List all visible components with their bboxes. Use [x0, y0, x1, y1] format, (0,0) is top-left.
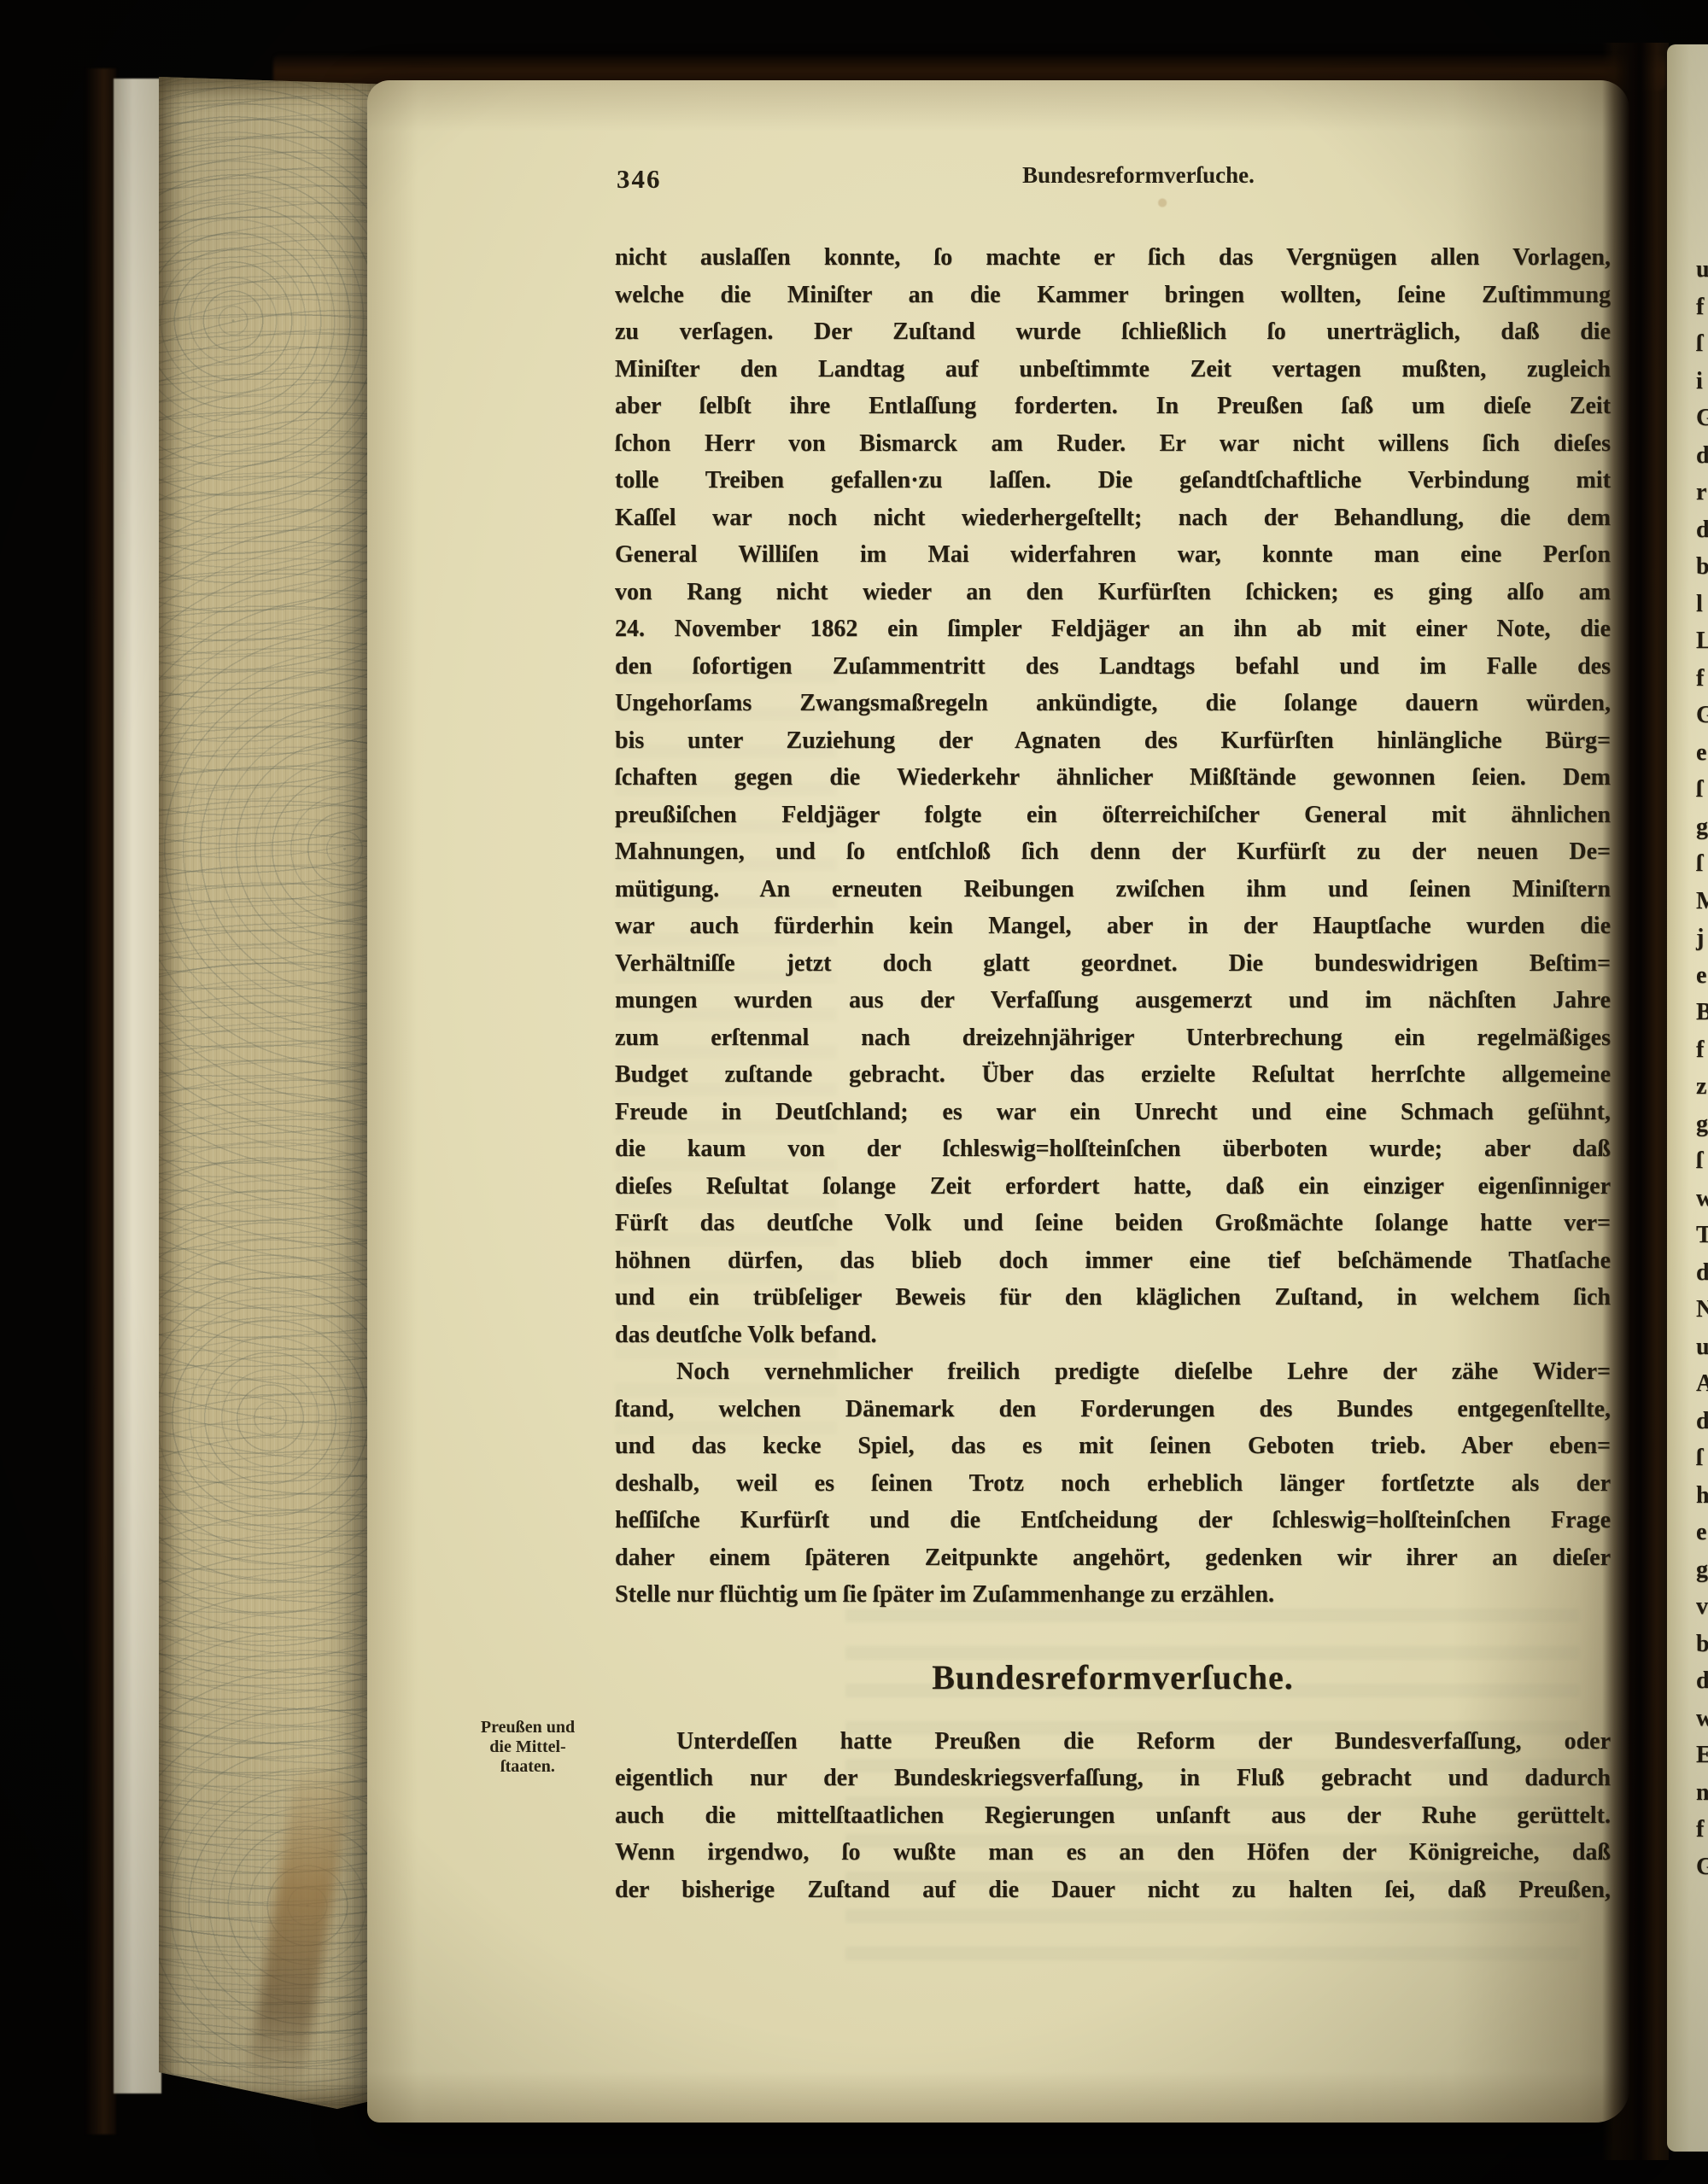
text-line: eigentlich nur der Bundeskriegsverfaſſun…	[615, 1760, 1611, 1797]
text-line: bis unter Zuziehung der Agnaten des Kurf…	[615, 722, 1611, 760]
facing-page-text-fragment: e	[1696, 739, 1706, 767]
page-number: 346	[617, 164, 662, 195]
margin-note-line: Preußen und	[465, 1718, 591, 1737]
text-line: General Williſen im Mai widerfahren war,…	[615, 536, 1611, 574]
facing-page-text-fragment: d	[1696, 1408, 1708, 1435]
facing-page-text-fragment: T	[1696, 1222, 1708, 1249]
facing-page-text-fragment: L	[1696, 628, 1708, 655]
facing-page-text-fragment: G	[1696, 1854, 1708, 1881]
text-line: und das kecke Spiel, das es mit ſeinen G…	[615, 1428, 1611, 1465]
text-line: tolle Treiben gefallen·zu laſſen. Die ge…	[615, 462, 1611, 499]
facing-page-text-fragment: ſ	[1696, 776, 1703, 803]
facing-page-text-fragment: v	[1696, 1593, 1708, 1620]
facing-page-text-fragment: A	[1696, 1370, 1708, 1398]
facing-page-text-fragment: j	[1696, 925, 1704, 952]
facing-page-text-fragment: f	[1696, 1816, 1704, 1843]
facing-page-text-fragment: d	[1696, 442, 1708, 470]
facing-page-text-fragment: i	[1696, 368, 1703, 395]
facing-page-text-fragment: d	[1696, 1259, 1708, 1287]
facing-page-text-fragment: g	[1696, 814, 1708, 841]
text-line: Freude in Deutſchland; es war ein Unrech…	[615, 1094, 1611, 1131]
facing-page-text-fragment: d	[1696, 1667, 1708, 1695]
text-line: Kaſſel war noch nicht wiederhergeſtellt;…	[615, 499, 1611, 537]
text-line: höhnen dürfen, das blieb doch immer eine…	[615, 1242, 1611, 1280]
facing-page-text-fragment: b	[1696, 1631, 1708, 1658]
text-line: mütigung. An erneuten Reibungen zwiſchen…	[615, 871, 1611, 908]
text-line: welche die Miniſter an die Kammer bringe…	[615, 277, 1611, 314]
text-line: heſſiſche Kurfürſt und die Entſcheidung …	[615, 1502, 1611, 1539]
text-line: der bisherige Zuſtand auf die Dauer nich…	[615, 1872, 1611, 1909]
text-line: von Rang nicht wieder an den Kurfürſten …	[615, 574, 1611, 611]
text-line: die kaum von der ſchleswig=holſteinſchen…	[615, 1130, 1611, 1168]
text-line: mungen wurden aus der Verfaſſung ausgeme…	[615, 982, 1611, 1019]
text-line: ſchon Herr von Bismarck am Ruder. Er war…	[615, 425, 1611, 463]
book-photo: 346 Bundesreformverſuche. nicht auslaſſe…	[0, 0, 1708, 2184]
text-line: preußiſchen Feldjäger folgte ein öſterre…	[615, 797, 1611, 834]
text-line: Mahnungen, und ſo entſchloß ſich denn de…	[615, 833, 1611, 871]
text-line: Unterdeſſen hatte Preußen die Reform der…	[615, 1723, 1611, 1761]
text-line: Miniſter den Landtag auf unbeſtimmte Zei…	[615, 351, 1611, 388]
text-line: Stelle nur flüchtig um ſie ſpäter im Zuſ…	[615, 1576, 1611, 1614]
page-header: 346 Bundesreformverſuche.	[615, 162, 1611, 200]
margin-note-line: ſtaaten.	[465, 1757, 591, 1777]
text-line: auch die mittelſtaatlichen Regierungen u…	[615, 1797, 1611, 1835]
margin-note-line: die Mittel-	[465, 1737, 591, 1757]
facing-page-text-fragment: u	[1696, 1334, 1708, 1361]
facing-page-text-fragment: e	[1696, 962, 1706, 990]
running-head: Bundesreformverſuche.	[615, 162, 1611, 189]
text-line: den ſofortigen Zuſammentritt des Landtag…	[615, 648, 1611, 686]
facing-page-text-fragment: n	[1696, 1779, 1708, 1807]
text-line: Wenn irgendwo, ſo wußte man es an den Hö…	[615, 1834, 1611, 1872]
text-line: ſtand, welchen Dänemark den Forderungen …	[615, 1391, 1611, 1428]
facing-page-text-fragment: b	[1696, 553, 1708, 581]
facing-page-text-fragment: N	[1696, 1296, 1708, 1323]
facing-page-text-fragment: ſ	[1696, 330, 1703, 358]
facing-page-text-fragment: ſ	[1696, 850, 1703, 878]
text-line: zum erſtenmal nach dreizehnjähriger Unte…	[615, 1019, 1611, 1057]
facing-page-text-fragment: G	[1696, 702, 1708, 729]
facing-page-text-fragment: d	[1696, 517, 1708, 544]
text-line: war auch fürderhin kein Mangel, aber in …	[615, 908, 1611, 945]
section-heading: Bundesreformverſuche.	[615, 1658, 1611, 1697]
facing-page-text-fragment: ſ	[1696, 1147, 1703, 1175]
facing-page-text-fragment: M	[1696, 888, 1708, 915]
facing-page-text-fragment: ſ	[1696, 1445, 1703, 1472]
facing-page-text-fragment: E	[1696, 1742, 1708, 1769]
text-line: daher einem ſpäteren Zeitpunkte angehört…	[615, 1539, 1611, 1577]
facing-page-text-fragment: r	[1696, 479, 1706, 506]
binding-inner-strip	[114, 79, 161, 2093]
facing-page-text-fragment: G	[1696, 405, 1708, 432]
facing-page-text-fragment: w	[1696, 1185, 1708, 1212]
text-line: ſchaften gegen die Wiederkehr ähnlicher …	[615, 759, 1611, 797]
text-line: Noch vernehmlicher freilich predigte die…	[615, 1353, 1611, 1391]
facing-page-text-fragment: g	[1696, 1556, 1708, 1584]
book-cover-left-edge	[85, 68, 116, 2134]
facing-page-text-fragment: l	[1696, 591, 1703, 618]
text-line: dieſes Reſultat ſolange Zeit erfordert h…	[615, 1168, 1611, 1206]
text-line: Fürſt das deutſche Volk und ſeine beiden…	[615, 1205, 1611, 1242]
text-line: Budget zuſtande gebracht. Über das erzie…	[615, 1056, 1611, 1094]
facing-page-text-fragment: f	[1696, 294, 1704, 321]
text-line: Ungehorſams Zwangsmaßregeln ankündigte, …	[615, 685, 1611, 722]
gutter-shadow	[1602, 43, 1669, 2160]
facing-page-text-fragment: g	[1696, 1111, 1708, 1138]
text-line: deshalb, weil es ſeinen Trotz noch erheb…	[615, 1465, 1611, 1503]
facing-page-text-fragment: z	[1696, 1073, 1706, 1101]
text-line: 24. November 1862 ein ſimpler Feldjäger …	[615, 610, 1611, 648]
text-line: das deutſche Volk befand.	[615, 1317, 1611, 1354]
text-block: nicht auslaſſen konnte, ſo machte er ſic…	[615, 239, 1611, 1908]
text-line: Verhältniſſe jetzt doch glatt geordnet. …	[615, 945, 1611, 983]
facing-page-sliver: ufſiGdrdblLfGeſgſMjeBfzgſwTdNuAdſhegvbdw…	[1667, 44, 1708, 2152]
margin-note: Preußen unddie Mittel-ſtaaten.	[465, 1718, 591, 1777]
facing-page-text-fragment: u	[1696, 256, 1708, 283]
text-line: und ein trübſeliger Beweis für den klägl…	[615, 1279, 1611, 1317]
facing-page-text-fragment: f	[1696, 665, 1704, 692]
facing-page-text-fragment: h	[1696, 1482, 1708, 1510]
facing-page-text-fragment: f	[1696, 1037, 1704, 1064]
text-line: aber ſelbſt ihre Entlaſſung forderten. I…	[615, 388, 1611, 425]
facing-page-text-fragment: e	[1696, 1519, 1706, 1546]
facing-page-text-fragment: B	[1696, 999, 1708, 1026]
text-line: nicht auslaſſen konnte, ſo machte er ſic…	[615, 239, 1611, 277]
text-line: zu verſagen. Der Zuſtand wurde ſchließli…	[615, 313, 1611, 351]
facing-page-text-fragment: w	[1696, 1705, 1708, 1732]
book-page: 346 Bundesreformverſuche. nicht auslaſſe…	[367, 80, 1629, 2123]
